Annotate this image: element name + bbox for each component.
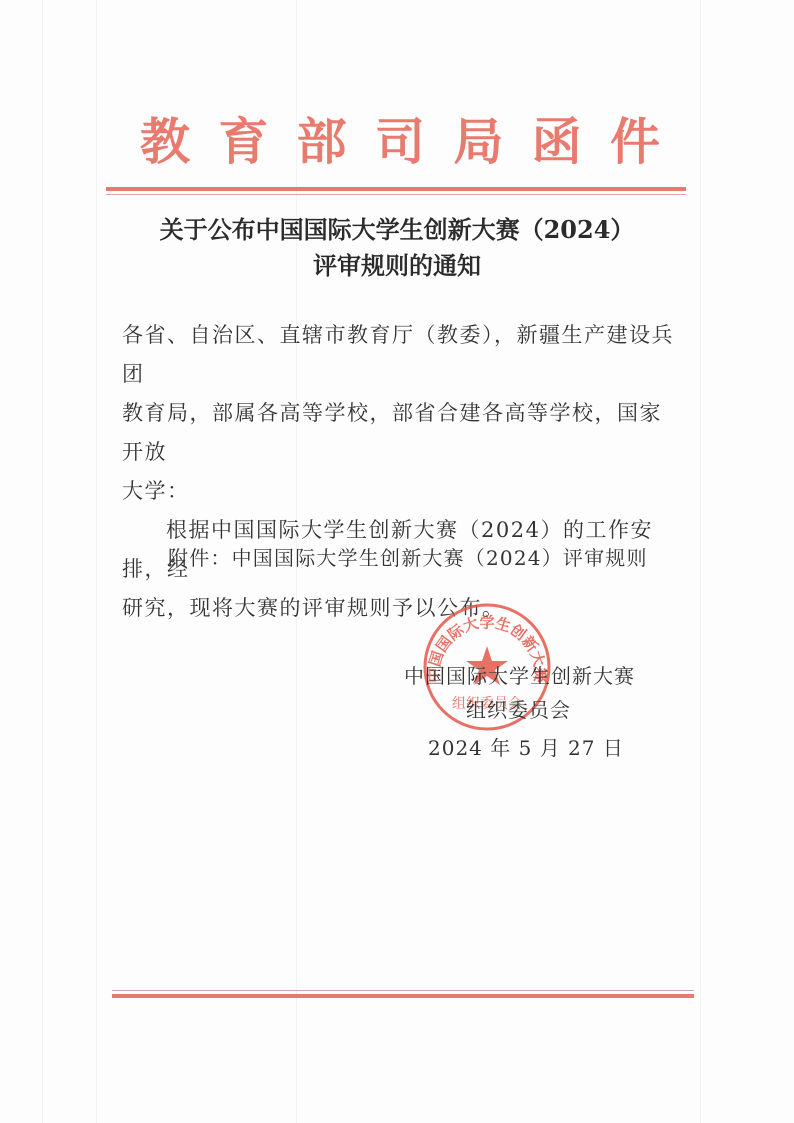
recipients: 各省、自治区、直辖市教育厅（教委），新疆生产建设兵团 教育局，部属各高等学校，部… [122, 316, 682, 628]
letterhead-char: 教 [140, 110, 190, 174]
recipients-line: 教育局，部属各高等学校，部省合建各高等学校，国家开放 [122, 394, 682, 472]
header-rule-thin [106, 194, 686, 195]
footer-rule [112, 990, 694, 998]
footer-rule-thick [112, 994, 694, 998]
body-paragraph-line: 研究，现将大赛的评审规则予以公布。 [122, 589, 682, 628]
letterhead-char: 育 [218, 110, 268, 174]
header-rule [106, 187, 686, 195]
letterhead-char: 函 [532, 110, 582, 174]
letterhead-char: 件 [610, 110, 660, 174]
scan-artifact [700, 0, 701, 1123]
document-page: 教 育 部 司 局 函 件 关于公布中国国际大学生创新大赛（2024） 评审规则… [0, 0, 794, 1123]
letterhead-char: 司 [375, 110, 425, 174]
signature-date: 2024 年 5 月 27 日 [428, 732, 624, 761]
letterhead: 教 育 部 司 局 函 件 [100, 110, 700, 174]
document-title-line1: 关于公布中国国际大学生创新大赛（2024） [100, 210, 694, 245]
letterhead-char: 部 [297, 110, 347, 174]
recipients-line: 大学： [122, 472, 682, 511]
attachment-line: 附件：中国国际大学生创新大赛（2024）评审规则 [168, 542, 648, 571]
recipients-line: 各省、自治区、直辖市教育厅（教委），新疆生产建设兵团 [122, 316, 682, 394]
document-title-line2: 评审规则的通知 [100, 246, 694, 281]
signature-org-line2: 组织委员会 [466, 694, 571, 723]
signature-org-line1: 中国国际大学生创新大赛 [404, 660, 635, 689]
scan-artifact [42, 0, 43, 1123]
scan-artifact [96, 0, 97, 1123]
letterhead-char: 局 [453, 110, 503, 174]
